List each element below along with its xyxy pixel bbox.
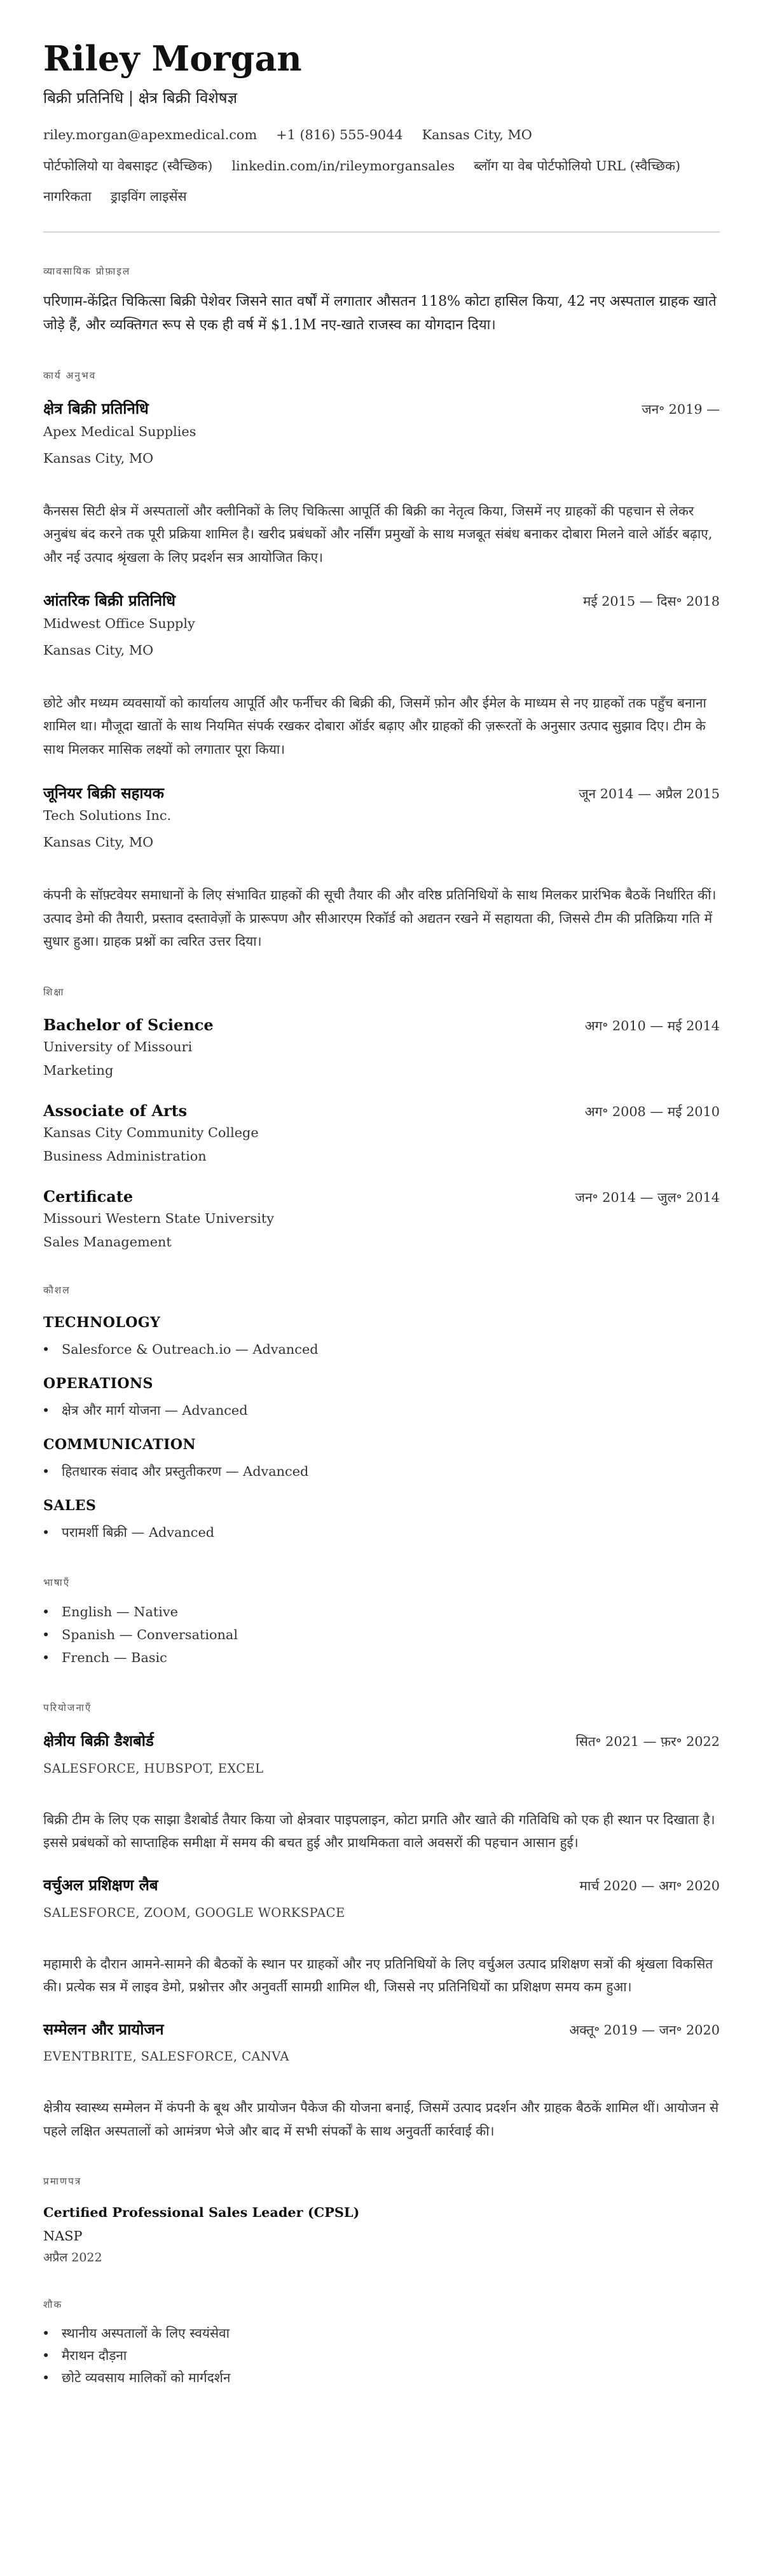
- skill-list: क्षेत्र और मार्ग योजना — Advanced: [43, 1399, 720, 1422]
- project-tech-tags: EVENTBRITE, SALESFORCE, CANVA: [43, 2049, 720, 2064]
- entry-header: Bachelor of Science अग॰ 2010 — मई 2014: [43, 1015, 720, 1036]
- education-entry: Associate of Arts अग॰ 2008 — मई 2010 Kan…: [43, 1101, 720, 1166]
- language-item: English — Native: [43, 1600, 720, 1623]
- skill-item: क्षेत्र और मार्ग योजना — Advanced: [43, 1399, 720, 1422]
- skill-category: OPERATIONS: [43, 1374, 720, 1393]
- candidate-title: बिक्री प्रतिनिधि | क्षेत्र बिक्री विशेषज…: [43, 87, 720, 109]
- experience-entry: क्षेत्र बिक्री प्रतिनिधि जन॰ 2019 — Apex…: [43, 399, 720, 569]
- section-header-languages: भाषाएँ: [43, 1576, 720, 1589]
- experience-section: कार्य अनुभव क्षेत्र बिक्री प्रतिनिधि जन॰…: [43, 369, 720, 953]
- job-description: कंपनी के सॉफ़्टवेयर समाधानों के लिए संभा…: [43, 883, 720, 953]
- contact-portfolio: पोर्टफोलियो या वेबसाइट (स्वैच्छिक): [43, 156, 212, 176]
- contact-citizenship: नागरिकता: [43, 186, 92, 207]
- project-entry: वर्चुअल प्रशिक्षण लैब मार्च 2020 — अग॰ 2…: [43, 1875, 720, 1999]
- skill-category: TECHNOLOGY: [43, 1313, 720, 1332]
- language-proficiency: Native: [134, 1604, 178, 1619]
- entry-header: जूनियर बिक्री सहायक जून 2014 — अप्रैल 20…: [43, 783, 720, 804]
- entry-header: आंतरिक बिक्री प्रतिनिधि मई 2015 — दिस॰ 2…: [43, 590, 720, 611]
- section-header-skills: कौशल: [43, 1284, 720, 1297]
- contact-phone-link[interactable]: +1 (816) 555-9044: [276, 125, 402, 145]
- contact-email-link[interactable]: riley.morgan@apexmedical.com: [43, 125, 257, 145]
- project-title: क्षेत्रीय बिक्री डैशबोर्ड: [43, 1731, 154, 1750]
- language-name: French: [62, 1650, 109, 1665]
- field-of-study: Marketing: [43, 1061, 720, 1080]
- skill-name: हितधारक संवाद और प्रस्तुतीकरण: [62, 1464, 221, 1479]
- language-separator: —: [115, 1627, 137, 1642]
- skill-group: COMMUNICATION हितधारक संवाद और प्रस्तुती…: [43, 1435, 720, 1483]
- certification-date: अप्रैल 2022: [43, 2249, 720, 2266]
- certifications-section: प्रमाणपत्र Certified Professional Sales …: [43, 2175, 720, 2266]
- contact-other-url: ब्लॉग या वेब पोर्टफोलियो URL (स्वैच्छिक): [474, 156, 680, 176]
- skill-level: Advanced: [252, 1342, 318, 1357]
- entry-header: Associate of Arts अग॰ 2008 — मई 2010: [43, 1101, 720, 1122]
- skill-item: Salesforce & Outreach.io — Advanced: [43, 1338, 720, 1361]
- job-title: क्षेत्र बिक्री प्रतिनिधि: [43, 399, 149, 418]
- project-title: वर्चुअल प्रशिक्षण लैब: [43, 1875, 158, 1895]
- header-divider: [43, 231, 720, 233]
- language-name: Spanish: [62, 1627, 115, 1642]
- language-proficiency: Basic: [131, 1650, 167, 1665]
- project-entry: सम्मेलन और प्रायोजन अक्तू॰ 2019 — जन॰ 20…: [43, 2019, 720, 2143]
- project-title: सम्मेलन और प्रायोजन: [43, 2019, 164, 2039]
- field-of-study: Business Administration: [43, 1147, 720, 1166]
- interest-list: स्थानीय अस्पतालों के लिए स्वयंसेवा मैराथ…: [43, 2322, 720, 2389]
- degree-name: Bachelor of Science: [43, 1015, 214, 1035]
- candidate-name: Riley Morgan: [43, 38, 720, 79]
- skill-name: परामर्शी बिक्री: [62, 1525, 127, 1540]
- skill-level: Advanced: [243, 1464, 308, 1479]
- job-title: जूनियर बिक्री सहायक: [43, 783, 164, 803]
- project-tech-tags: SALESFORCE, ZOOM, GOOGLE WORKSPACE: [43, 1905, 720, 1921]
- certification-name: Certified Professional Sales Leader (CPS…: [43, 2203, 720, 2222]
- project-description: क्षेत्रीय स्वास्थ्य सम्मेलन में कंपनी के…: [43, 2096, 720, 2143]
- resume-header: Riley Morgan बिक्री प्रतिनिधि | क्षेत्र …: [43, 38, 720, 207]
- contact-info: riley.morgan@apexmedical.com +1 (816) 55…: [43, 125, 720, 207]
- language-item: Spanish — Conversational: [43, 1623, 720, 1646]
- language-separator: —: [109, 1650, 131, 1665]
- project-description: महामारी के दौरान आमने-सामने की बैठकों के…: [43, 1952, 720, 1999]
- entry-header: वर्चुअल प्रशिक्षण लैब मार्च 2020 — अग॰ 2…: [43, 1875, 720, 1896]
- interest-item: मैराथन दौड़ना: [43, 2345, 720, 2367]
- skill-list: Salesforce & Outreach.io — Advanced: [43, 1338, 720, 1361]
- skill-separator: —: [231, 1342, 252, 1357]
- skill-level: Advanced: [149, 1525, 214, 1540]
- project-tech-tags: SALESFORCE, HUBSPOT, EXCEL: [43, 1761, 720, 1776]
- job-dates: जून 2014 — अप्रैल 2015: [579, 784, 720, 804]
- languages-section: भाषाएँ English — Native Spanish — Conver…: [43, 1576, 720, 1669]
- skill-separator: —: [221, 1464, 243, 1479]
- project-entry: क्षेत्रीय बिक्री डैशबोर्ड सित॰ 2021 — फ़…: [43, 1731, 720, 1855]
- projects-section: परियोजनाएँ क्षेत्रीय बिक्री डैशबोर्ड सित…: [43, 1701, 720, 2143]
- degree-name: Certificate: [43, 1187, 133, 1206]
- skill-name: Salesforce & Outreach.io: [62, 1342, 231, 1357]
- skill-group: TECHNOLOGY Salesforce & Outreach.io — Ad…: [43, 1313, 720, 1361]
- section-header-interests: शौक: [43, 2298, 720, 2311]
- job-location: Kansas City, MO: [43, 833, 720, 852]
- skill-separator: —: [160, 1403, 182, 1418]
- experience-entry: जूनियर बिक्री सहायक जून 2014 — अप्रैल 20…: [43, 783, 720, 953]
- contact-linkedin-link[interactable]: linkedin.com/in/rileymorgansales: [231, 156, 455, 176]
- skills-section: कौशल TECHNOLOGY Salesforce & Outreach.io…: [43, 1284, 720, 1544]
- language-name: English: [62, 1604, 112, 1619]
- skill-item: परामर्शी बिक्री — Advanced: [43, 1521, 720, 1544]
- section-header-projects: परियोजनाएँ: [43, 1701, 720, 1714]
- section-header-summary: व्यावसायिक प्रोफ़ाइल: [43, 265, 720, 278]
- education-dates: अग॰ 2010 — मई 2014: [585, 1016, 720, 1036]
- skill-group: OPERATIONS क्षेत्र और मार्ग योजना — Adva…: [43, 1374, 720, 1422]
- project-dates: सित॰ 2021 — फ़र॰ 2022: [575, 1732, 720, 1752]
- entry-header: क्षेत्रीय बिक्री डैशबोर्ड सित॰ 2021 — फ़…: [43, 1731, 720, 1752]
- job-description: कैनसस सिटी क्षेत्र में अस्पतालों और क्ली…: [43, 500, 720, 569]
- job-company: Midwest Office Supply: [43, 614, 720, 633]
- language-list: English — Native Spanish — Conversationa…: [43, 1600, 720, 1669]
- job-title: आंतरिक बिक्री प्रतिनिधि: [43, 590, 175, 610]
- education-entry: Bachelor of Science अग॰ 2010 — मई 2014 U…: [43, 1015, 720, 1080]
- language-item: French — Basic: [43, 1646, 720, 1669]
- interest-item: छोटे व्यवसाय मालिकों को मार्गदर्शन: [43, 2367, 720, 2389]
- project-dates: अक्तू॰ 2019 — जन॰ 2020: [569, 2021, 720, 2040]
- contact-location: Kansas City, MO: [422, 125, 532, 145]
- institution-name: Kansas City Community College: [43, 1123, 720, 1142]
- skill-list: हितधारक संवाद और प्रस्तुतीकरण — Advanced: [43, 1460, 720, 1483]
- job-description: छोटे और मध्यम व्यवसायों को कार्यालय आपूर…: [43, 692, 720, 761]
- language-separator: —: [112, 1604, 134, 1619]
- skill-separator: —: [127, 1525, 149, 1540]
- entry-header: क्षेत्र बिक्री प्रतिनिधि जन॰ 2019 —: [43, 399, 720, 419]
- project-dates: मार्च 2020 — अग॰ 2020: [579, 1876, 720, 1896]
- education-section: शिक्षा Bachelor of Science अग॰ 2010 — मई…: [43, 986, 720, 1252]
- resume-page: Riley Morgan बिक्री प्रतिनिधि | क्षेत्र …: [0, 0, 763, 2424]
- job-dates: जन॰ 2019 —: [642, 400, 720, 419]
- interest-item: स्थानीय अस्पतालों के लिए स्वयंसेवा: [43, 2322, 720, 2345]
- job-company: Tech Solutions Inc.: [43, 806, 720, 825]
- entry-header: Certificate जन॰ 2014 — जुल॰ 2014: [43, 1187, 720, 1208]
- skill-category: SALES: [43, 1496, 720, 1515]
- skill-level: Advanced: [182, 1403, 247, 1418]
- education-dates: अग॰ 2008 — मई 2010: [585, 1102, 720, 1122]
- section-header-education: शिक्षा: [43, 986, 720, 998]
- job-company: Apex Medical Supplies: [43, 422, 720, 441]
- skill-name: क्षेत्र और मार्ग योजना: [62, 1403, 160, 1418]
- language-proficiency: Conversational: [137, 1627, 238, 1642]
- experience-entry: आंतरिक बिक्री प्रतिनिधि मई 2015 — दिस॰ 2…: [43, 590, 720, 761]
- skill-item: हितधारक संवाद और प्रस्तुतीकरण — Advanced: [43, 1460, 720, 1483]
- institution-name: University of Missouri: [43, 1037, 720, 1056]
- job-location: Kansas City, MO: [43, 449, 720, 468]
- certification-issuer: NASP: [43, 2226, 720, 2245]
- education-dates: जन॰ 2014 — जुल॰ 2014: [575, 1188, 720, 1208]
- skill-group: SALES परामर्शी बिक्री — Advanced: [43, 1496, 720, 1544]
- section-header-certifications: प्रमाणपत्र: [43, 2175, 720, 2188]
- summary-section: व्यावसायिक प्रोफ़ाइल परिणाम-केंद्रित चिक…: [43, 265, 720, 337]
- degree-name: Associate of Arts: [43, 1101, 187, 1121]
- summary-text: परिणाम-केंद्रित चिकित्सा बिक्री पेशेवर ज…: [43, 290, 720, 337]
- skill-category: COMMUNICATION: [43, 1435, 720, 1454]
- project-description: बिक्री टीम के लिए एक साझा डैशबोर्ड तैयार…: [43, 1808, 720, 1855]
- education-entry: Certificate जन॰ 2014 — जुल॰ 2014 Missour…: [43, 1187, 720, 1252]
- section-header-experience: कार्य अनुभव: [43, 369, 720, 382]
- contact-driving-license: ड्राइविंग लाइसेंस: [111, 186, 187, 207]
- interests-section: शौक स्थानीय अस्पतालों के लिए स्वयंसेवा म…: [43, 2298, 720, 2389]
- job-dates: मई 2015 — दिस॰ 2018: [583, 592, 720, 611]
- field-of-study: Sales Management: [43, 1232, 720, 1251]
- certification-entry: Certified Professional Sales Leader (CPS…: [43, 2203, 720, 2266]
- job-location: Kansas City, MO: [43, 641, 720, 660]
- institution-name: Missouri Western State University: [43, 1209, 720, 1228]
- skill-list: परामर्शी बिक्री — Advanced: [43, 1521, 720, 1544]
- entry-header: सम्मेलन और प्रायोजन अक्तू॰ 2019 — जन॰ 20…: [43, 2019, 720, 2040]
